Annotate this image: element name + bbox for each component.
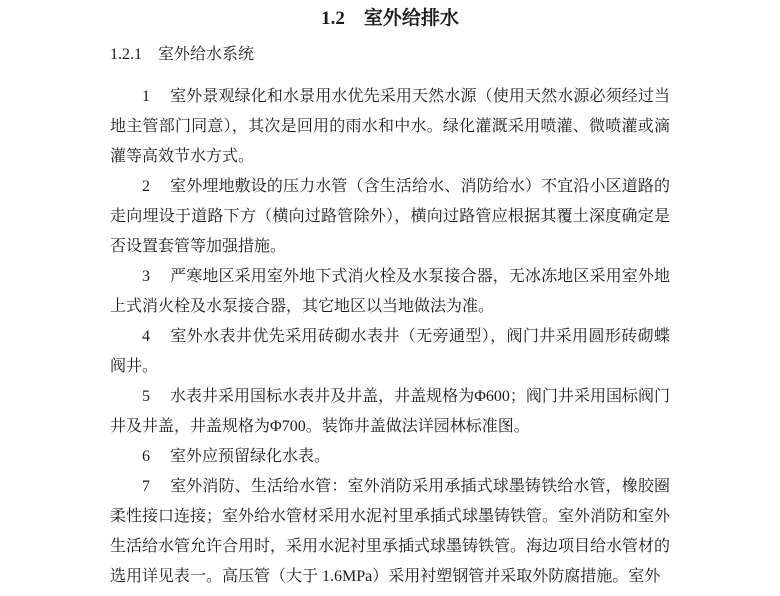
paragraph-3: 3严寒地区采用室外地下式消火栓及水泵接合器，无冰冻地区采用室外地上式消火栓及水泵… [110, 262, 670, 322]
document-page: 1.2 室外给排水 1.2.1 室外给水系统 1室外景观绿化和水景用水优先采用天… [0, 0, 780, 596]
paragraph-number: 1 [142, 88, 150, 105]
section-heading: 1.2.1 室外给水系统 [110, 44, 670, 66]
paragraph-text: 室外消防、生活给水管：室外消防采用承插式球墨铸铁给水管，橡胶圈柔性接口连接；室外… [110, 478, 670, 585]
paragraph-4: 4室外水表井优先采用砖砌水表井（无旁通型），阀门井采用圆形砖砌蝶阀井。 [110, 322, 670, 382]
paragraph-7: 7室外消防、生活给水管：室外消防采用承插式球墨铸铁给水管，橡胶圈柔性接口连接；室… [110, 472, 670, 592]
page-title: 1.2 室外给排水 [110, 6, 670, 32]
paragraph-number: 6 [142, 448, 150, 465]
paragraph-text: 水表井采用国标水表井及井盖，井盖规格为Φ600；阀门井采用国标阀门井及井盖，井盖… [110, 388, 670, 435]
paragraph-text: 严寒地区采用室外地下式消火栓及水泵接合器，无冰冻地区采用室外地上式消火栓及水泵接… [110, 268, 670, 315]
paragraph-list: 1室外景观绿化和水景用水优先采用天然水源（使用天然水源必须经过当地主管部门同意）… [110, 82, 670, 592]
paragraph-text: 室外埋地敷设的压力水管（含生活给水、消防给水）不宜沿小区道路的走向埋设于道路下方… [110, 178, 670, 255]
paragraph-1: 1室外景观绿化和水景用水优先采用天然水源（使用天然水源必须经过当地主管部门同意）… [110, 82, 670, 172]
paragraph-number: 2 [142, 178, 150, 195]
paragraph-text: 室外水表井优先采用砖砌水表井（无旁通型），阀门井采用圆形砖砌蝶阀井。 [110, 328, 670, 375]
paragraph-number: 3 [142, 268, 150, 285]
paragraph-number: 4 [142, 328, 150, 345]
paragraph-5: 5水表井采用国标水表井及井盖，井盖规格为Φ600；阀门井采用国标阀门井及井盖，井… [110, 382, 670, 442]
paragraph-text: 室外应预留绿化水表。 [170, 448, 330, 465]
paragraph-6: 6室外应预留绿化水表。 [110, 442, 670, 472]
paragraph-2: 2室外埋地敷设的压力水管（含生活给水、消防给水）不宜沿小区道路的走向埋设于道路下… [110, 172, 670, 262]
paragraph-number: 5 [142, 388, 150, 405]
paragraph-text: 室外景观绿化和水景用水优先采用天然水源（使用天然水源必须经过当地主管部门同意），… [110, 88, 670, 165]
paragraph-number: 7 [142, 478, 150, 495]
